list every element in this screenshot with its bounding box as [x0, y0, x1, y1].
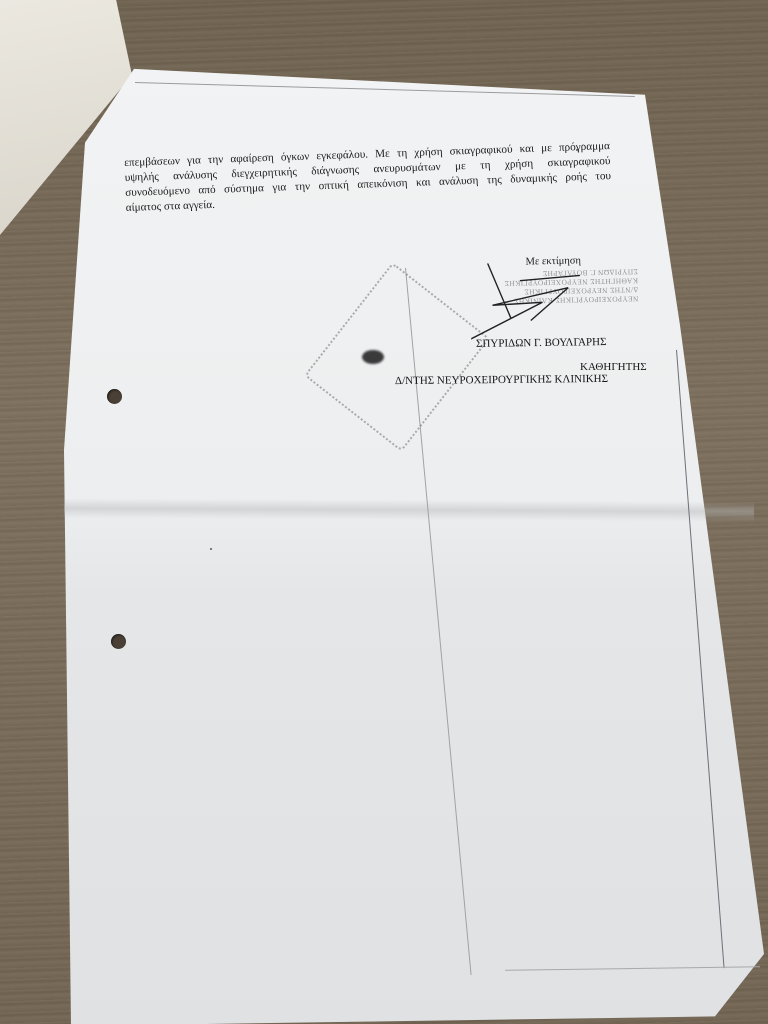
punch-hole-bottom [111, 634, 126, 649]
signatory-title: ΚΑΘΗΓΗΤΗΣ [580, 361, 647, 373]
signature-block: Με εκτίμηση ΝΕΥΡΟΧΕΙΡΟΥΡΓΙΚΗΣ ΚΛΙΝΙΚΗΣ Δ… [470, 254, 641, 307]
handwritten-signature [470, 261, 622, 344]
punch-hole-top [107, 389, 122, 404]
page-fold-crease [64, 498, 754, 522]
seal-ink-blot [362, 350, 384, 364]
signatory-name: ΣΠΥΡΙΔΩΝ Γ. ΒΟΥΛΓΑΡΗΣ [476, 336, 607, 350]
paper-speck [210, 548, 212, 550]
signatory-role: Δ/ΝΤΗΣ ΝΕΥΡΟΧΕΙΡΟΥΡΓΙΚΗΣ ΚΛΙΝΙΚΗΣ [395, 373, 608, 387]
